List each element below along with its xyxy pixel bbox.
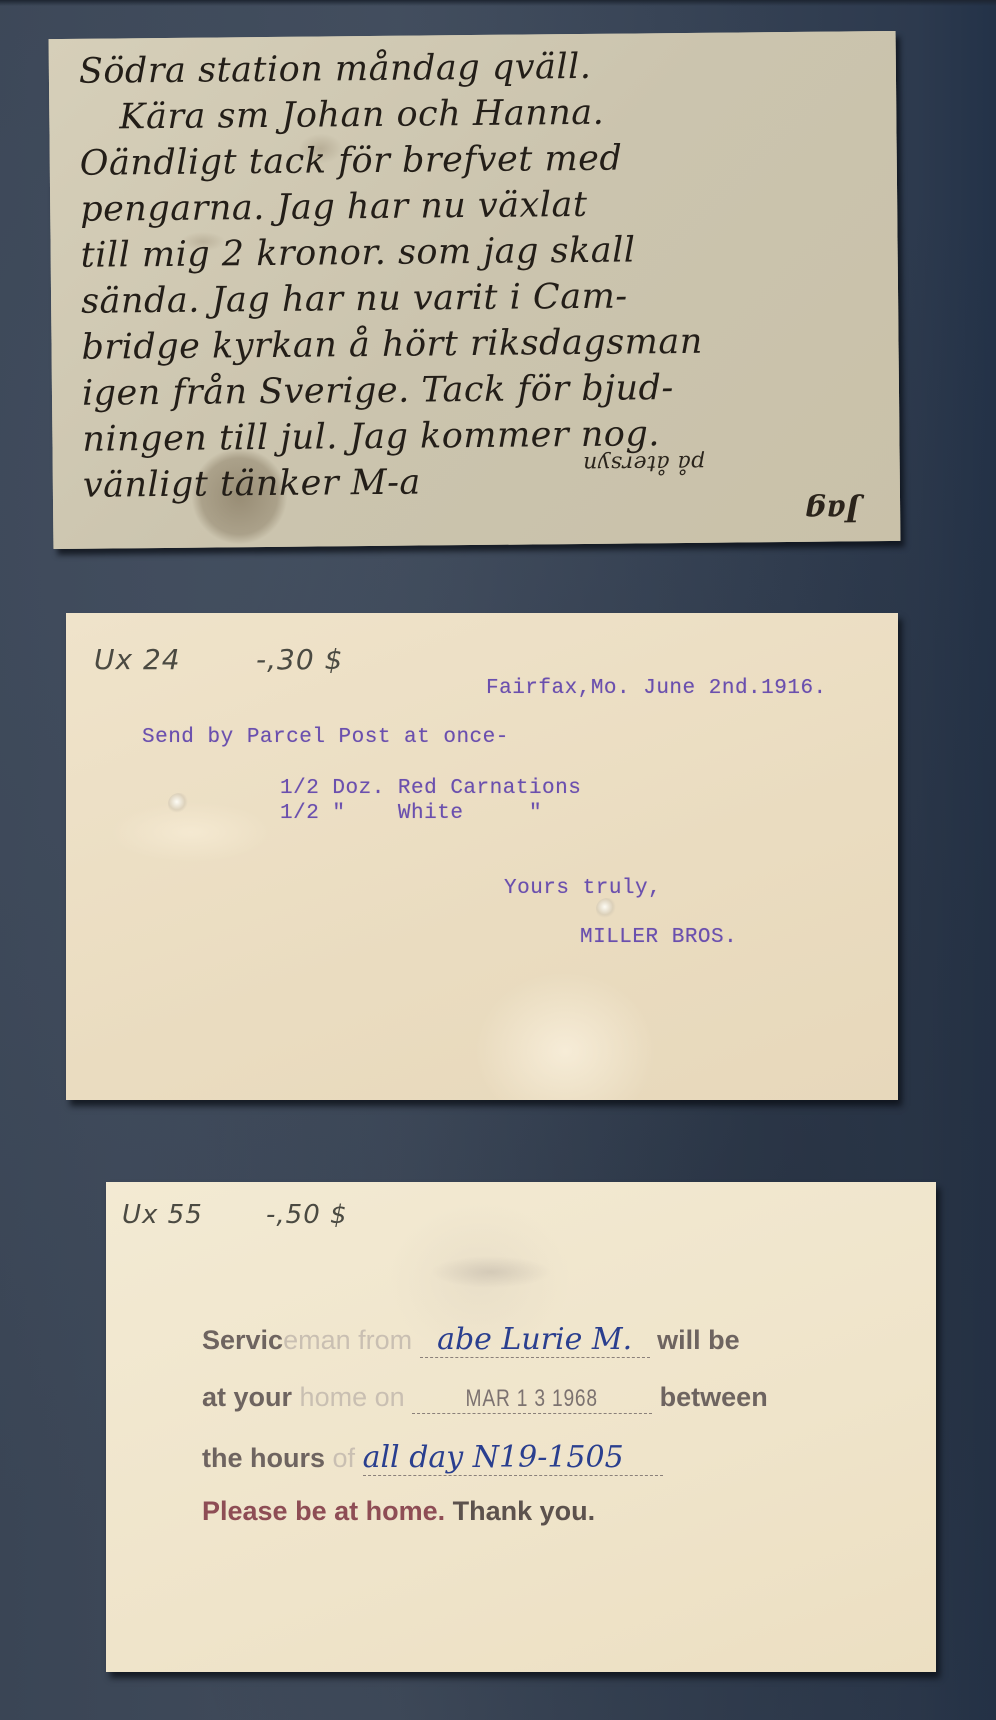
- message-line: vänligt tänker M-a på återsyn: [83, 455, 880, 509]
- message-line: Oändligt tack för brefvet med: [80, 133, 877, 187]
- form-label: Servic: [202, 1325, 283, 1355]
- message-line: Kära sm Johan och Hanna.: [79, 87, 876, 141]
- closing-text: vänligt tänker M-a: [83, 463, 421, 506]
- postcard-service-notice: Ux 55 -,50 $ Serviceman from abe Lurie M…: [106, 1182, 936, 1672]
- form-label: will be: [657, 1325, 740, 1355]
- message-line: bridge kyrkan å hört riksdagsman: [81, 317, 878, 371]
- stamped-date: MAR 1 3 1968: [466, 1385, 598, 1413]
- album-page: Södra station måndag qväll. Kära sm Joha…: [0, 0, 996, 1720]
- message-line: sända. Jag har nu varit i Cam-: [81, 271, 878, 325]
- album-top-edge: [0, 0, 996, 6]
- form-row-serviceman: Serviceman from abe Lurie M. will be: [202, 1322, 740, 1358]
- upside-down-note: på återsyn: [582, 439, 705, 486]
- upside-down-signature: Jag: [805, 492, 860, 528]
- message-line: Södra station måndag qväll.: [79, 41, 876, 95]
- message-line: ningen till jul. Jag kommer nog.: [82, 409, 879, 463]
- form-label-faded: eman from: [283, 1325, 412, 1355]
- typed-dateline: Fairfax,Mo. June 2nd.1916.: [486, 677, 827, 700]
- typed-signature: MILLER BROS.: [580, 926, 737, 949]
- form-label-faded: home on: [300, 1382, 405, 1412]
- form-label: at your: [202, 1382, 292, 1412]
- handwritten-message: Södra station måndag qväll. Kära sm Joha…: [79, 41, 880, 509]
- message-line: pengarna. Jag har nu växlat: [80, 179, 877, 233]
- pencil-price: -,30 $: [256, 643, 343, 676]
- order-item: 1/2 " White ": [280, 802, 542, 825]
- paper-dimple: [596, 898, 618, 920]
- pencil-catalog-number: Ux 24: [94, 643, 181, 676]
- typed-instruction: Send by Parcel Post at once-: [142, 726, 509, 749]
- form-row-closing: Please be at home. Thank you.: [202, 1496, 595, 1527]
- order-item: 1/2 Doz. Red Carnations: [280, 777, 581, 800]
- form-row-hours: the hours of all day N19-1505: [202, 1440, 663, 1476]
- thank-you-text: Thank you.: [453, 1496, 596, 1526]
- form-label-faded: of: [333, 1443, 356, 1473]
- typed-closing: Yours truly,: [504, 877, 661, 900]
- form-blank-date: MAR 1 3 1968: [412, 1382, 652, 1414]
- postcard-swedish-letter: Södra station måndag qväll. Kära sm Joha…: [49, 31, 901, 549]
- form-label: the hours: [202, 1443, 325, 1473]
- faded-marks: [416, 1252, 566, 1292]
- postcard-miller-bros-order: Ux 24 -,30 $ Fairfax,Mo. June 2nd.1916. …: [66, 613, 898, 1100]
- message-line: till mig 2 kronor. som jag skall: [80, 225, 877, 279]
- handwritten-name: abe Lurie M.: [437, 1322, 632, 1357]
- handwritten-hours: all day N19-1505: [363, 1440, 624, 1475]
- form-label: between: [660, 1382, 768, 1412]
- paper-dimple: [168, 793, 190, 815]
- form-blank-name: abe Lurie M.: [420, 1322, 650, 1358]
- pencil-price: -,50 $: [266, 1200, 348, 1230]
- message-line: igen från Sverige. Tack för bjud-: [82, 363, 879, 417]
- form-row-date: at your home on MAR 1 3 1968 between: [202, 1382, 768, 1414]
- form-blank-hours: all day N19-1505: [363, 1440, 663, 1476]
- pencil-catalog-number: Ux 55: [122, 1200, 203, 1230]
- please-be-home-text: Please be at home.: [202, 1496, 445, 1526]
